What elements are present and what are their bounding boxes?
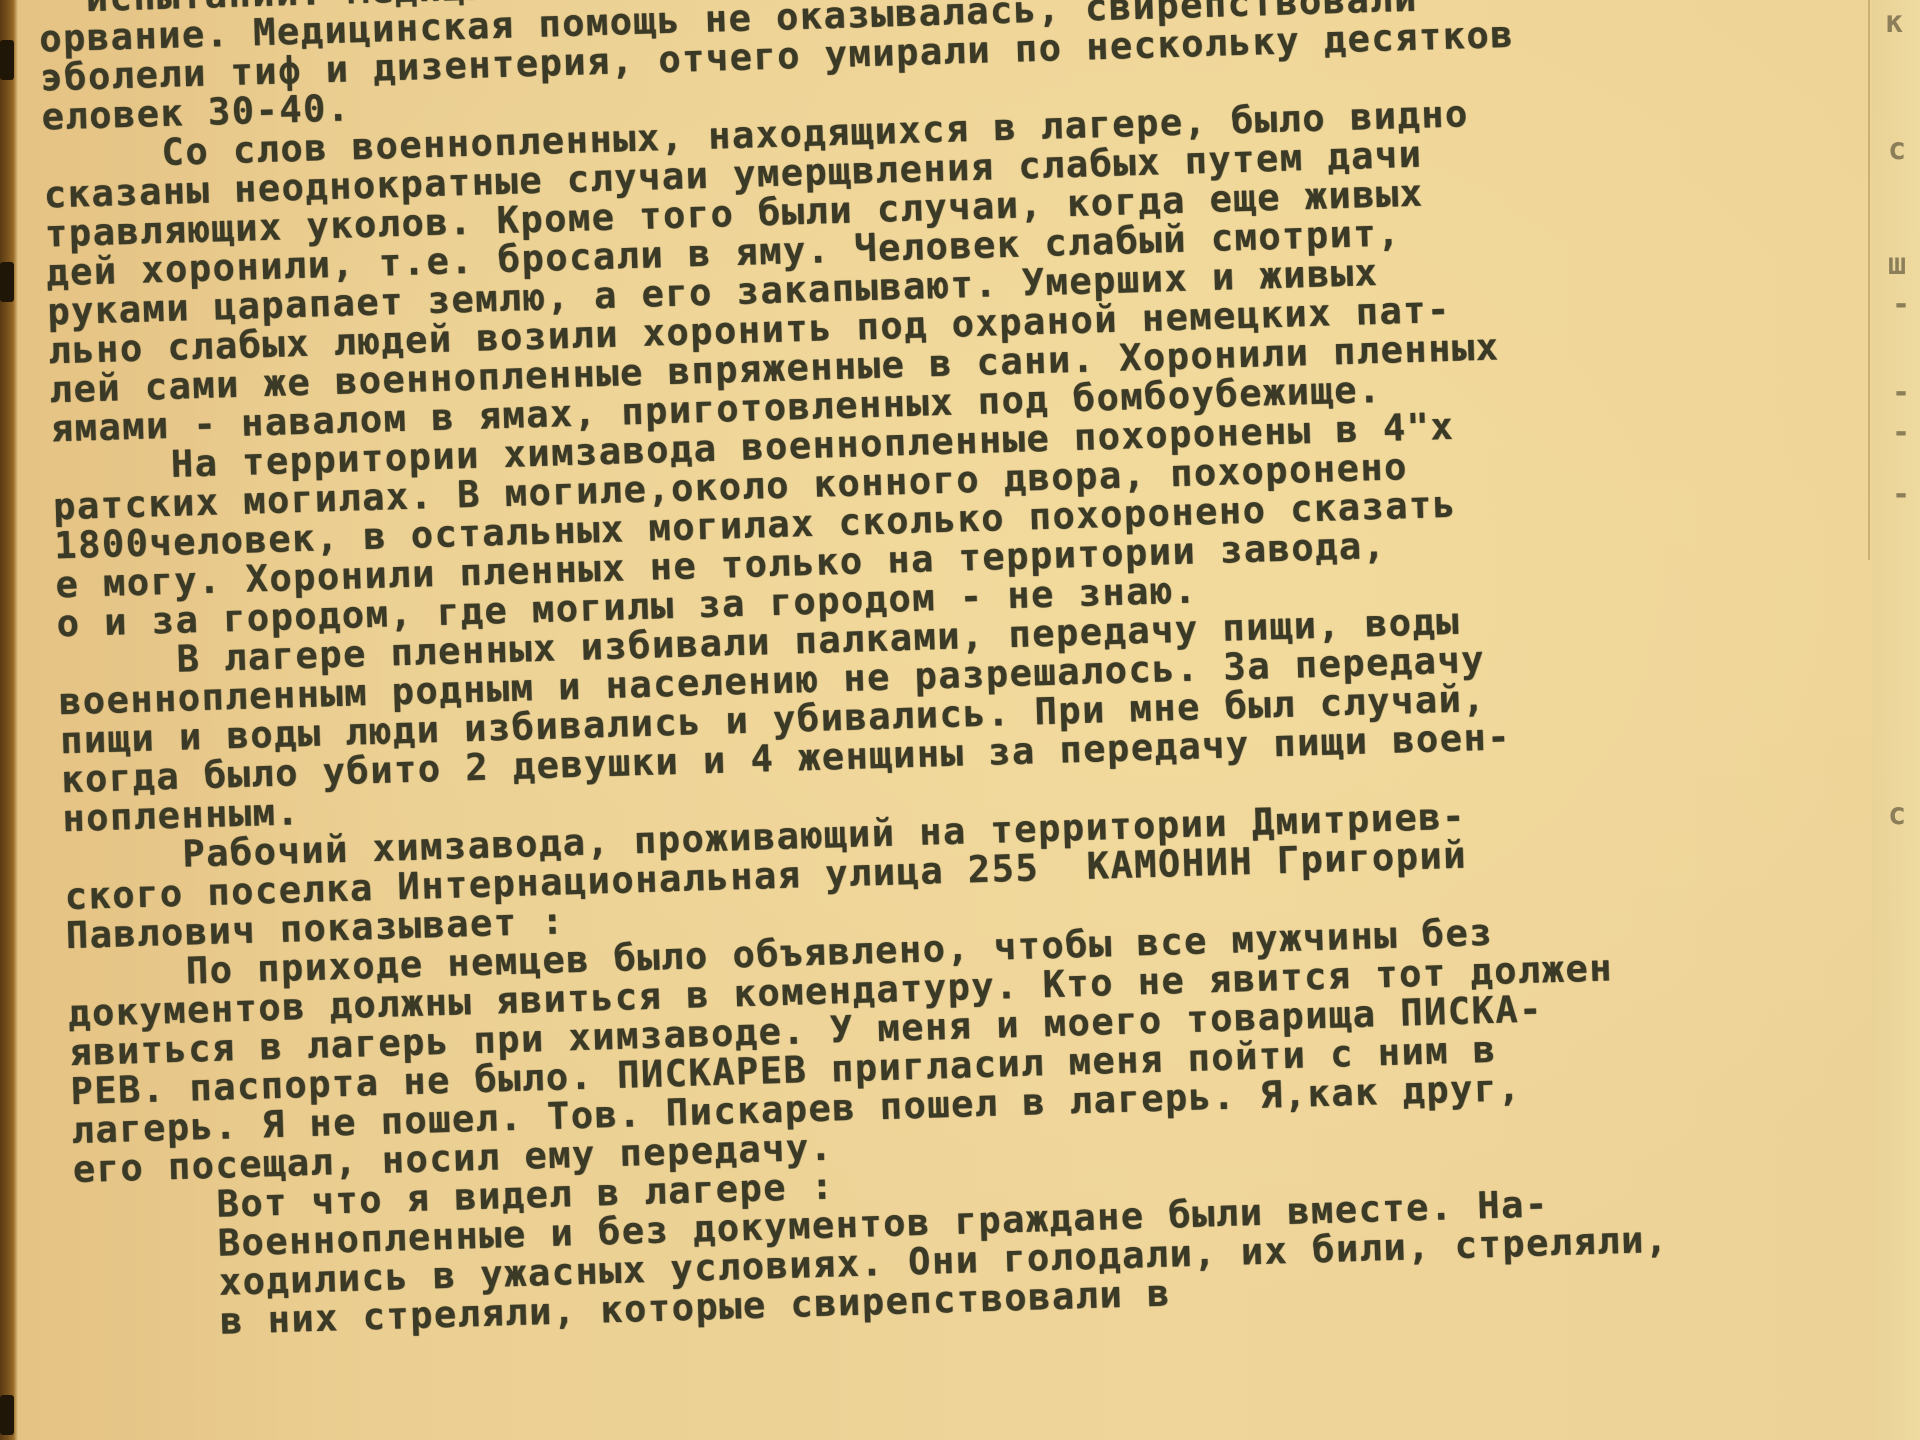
margin-glyph: с — [1888, 800, 1906, 830]
margin-glyph: - — [1892, 418, 1910, 448]
book-binding-edge — [0, 0, 18, 1440]
typewritten-text-body: испытаний. Медицинская помощь не орвание… — [0, 0, 1920, 1346]
margin-glyph: ш — [1888, 250, 1906, 280]
binding-shadow — [0, 262, 14, 302]
document-page: испытаний. Медицинская помощь не орвание… — [0, 0, 1920, 1440]
margin-glyph: - — [1892, 378, 1910, 408]
binding-shadow — [0, 1395, 14, 1435]
margin-glyph: к — [1885, 8, 1903, 38]
margin-glyph: - — [1892, 290, 1910, 320]
margin-glyph: - — [1892, 480, 1910, 510]
margin-glyph: с — [1888, 135, 1906, 165]
binding-shadow — [0, 40, 14, 80]
